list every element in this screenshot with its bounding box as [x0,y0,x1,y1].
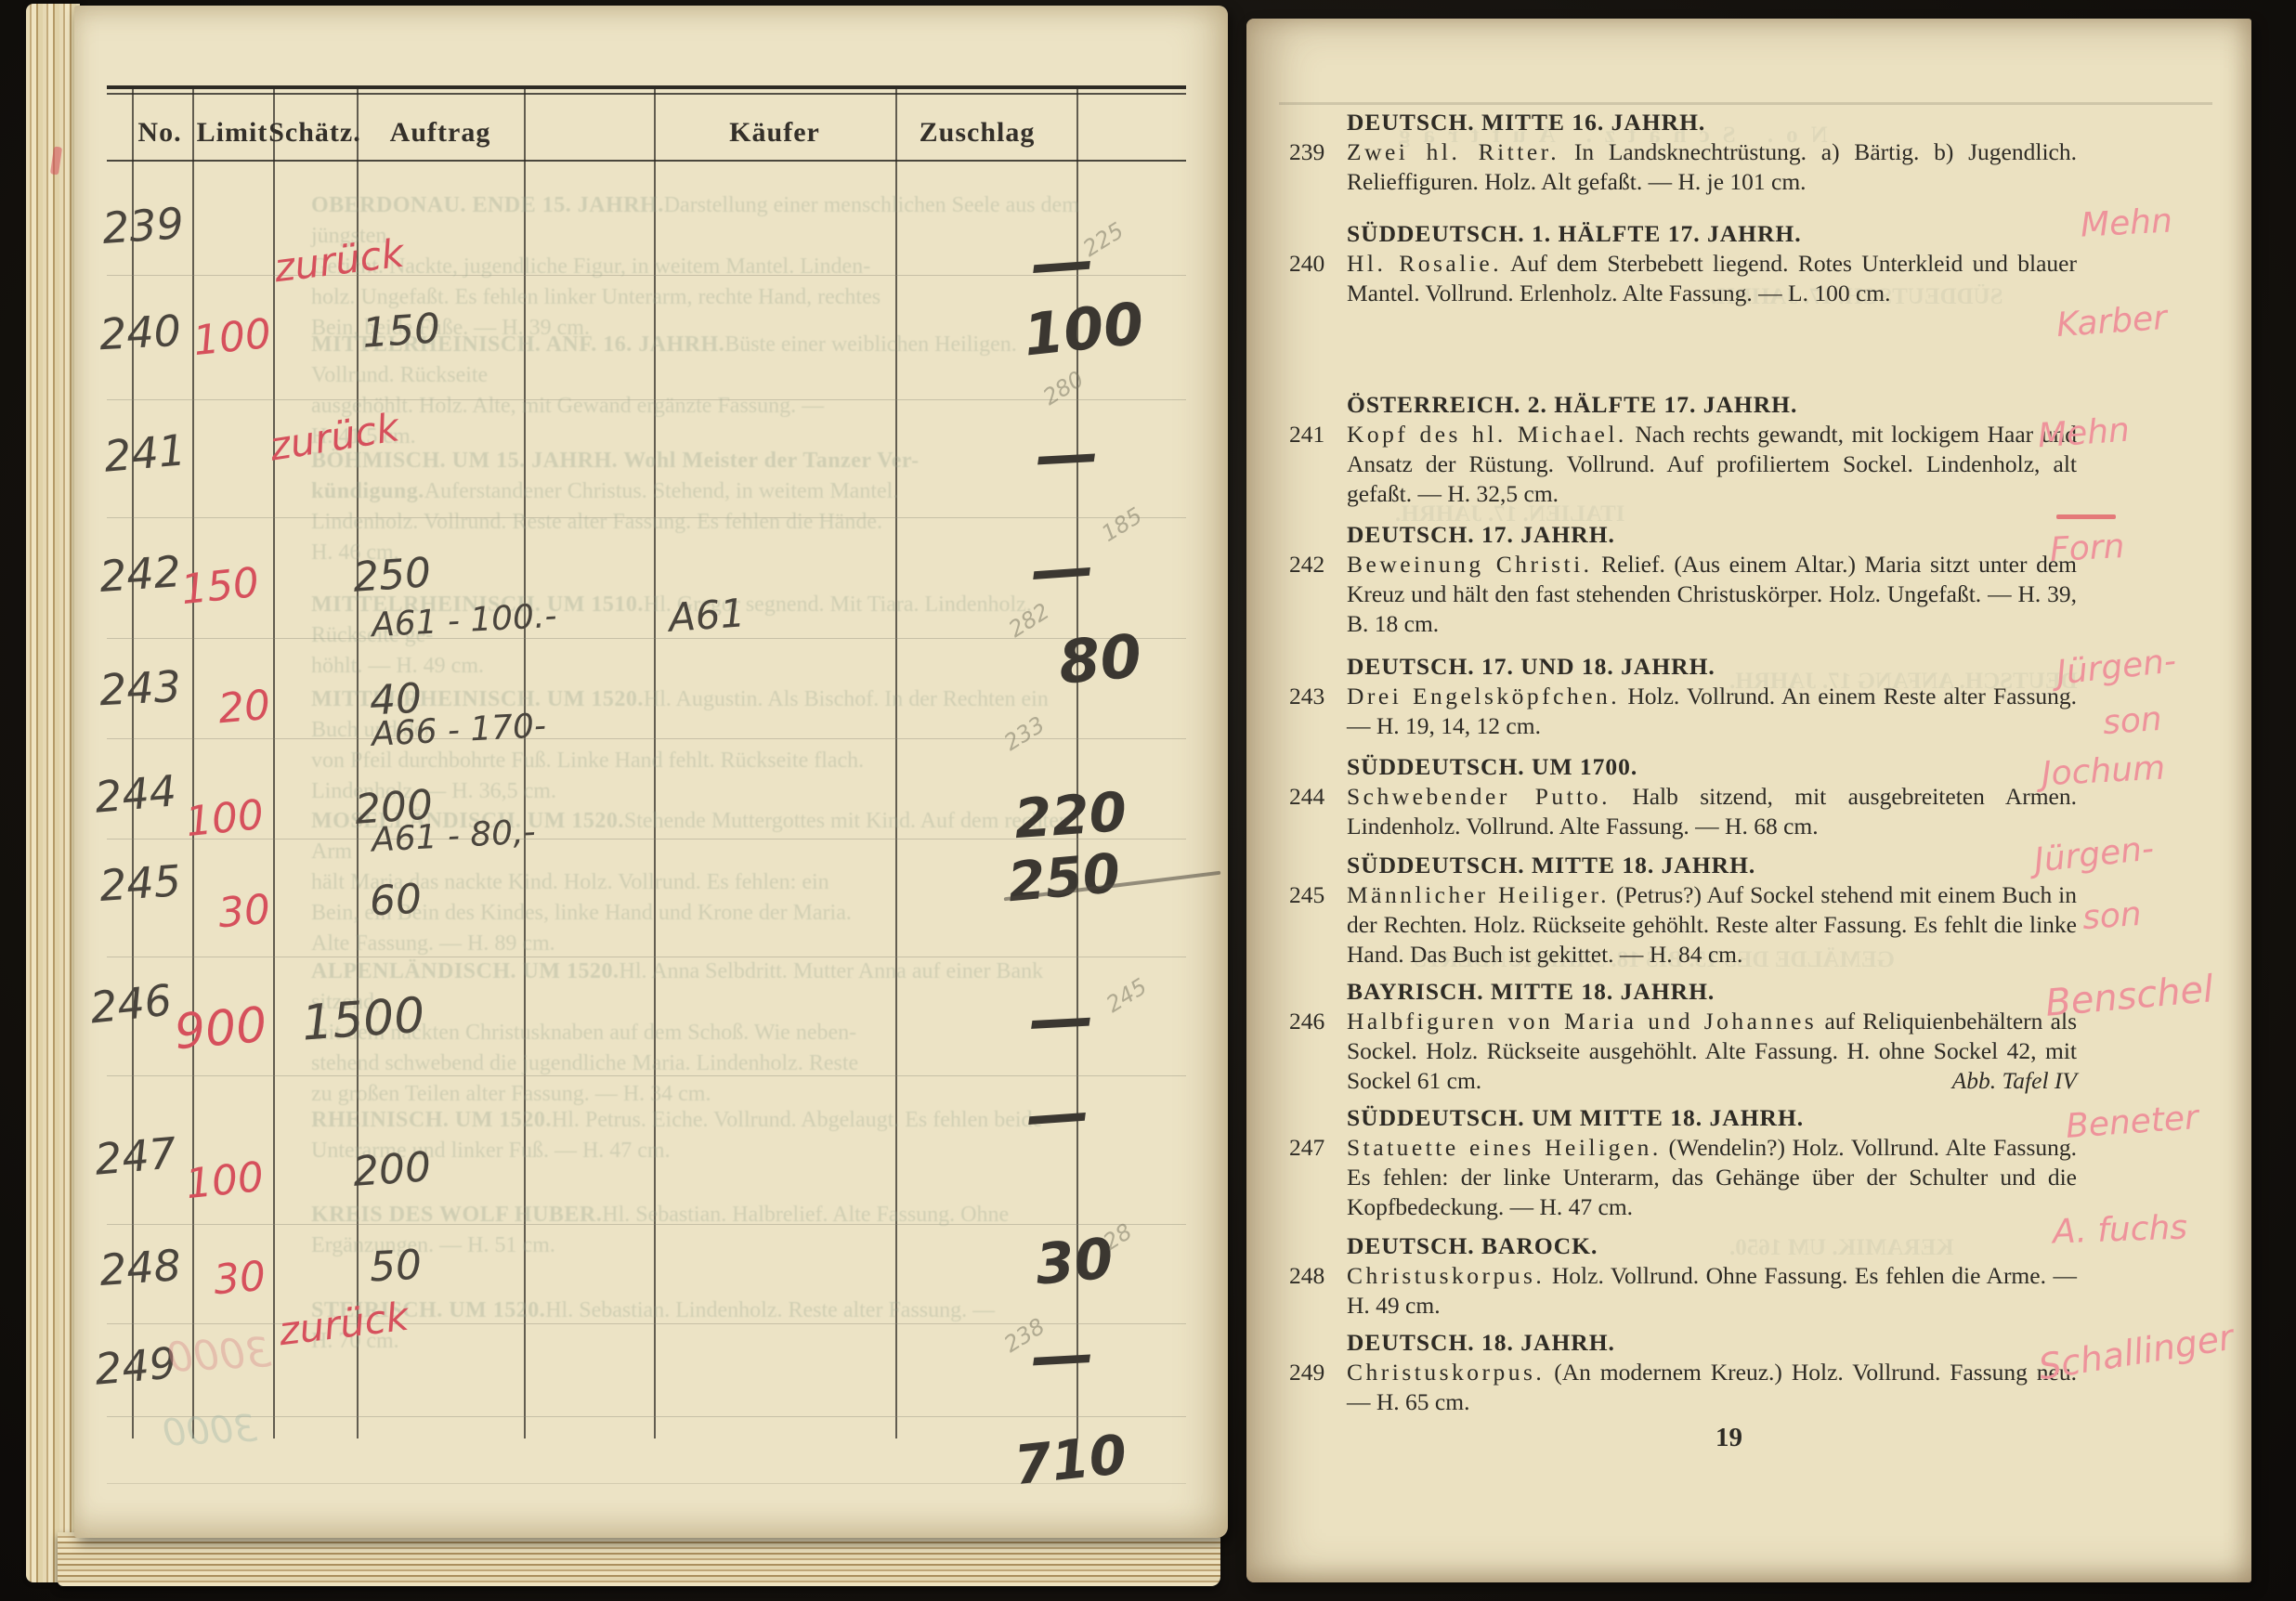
lot-number: 240 [98,306,183,360]
entry-title: Halbfiguren von Maria und Johannes [1347,1008,1817,1035]
entry-category: DEUTSCH. 17. UND 18. JAHRH. [1347,652,2077,682]
lot-number: 239 [100,198,185,254]
pencil-ghost: 185 [1097,502,1147,547]
entry-category: SÜDDEUTSCH. MITTE 18. JAHRH. [1347,851,2077,880]
entry-number: 241 [1289,420,1341,449]
margin-buyer-name: A. fuchs [2052,1208,2187,1251]
entry-number: 239 [1289,137,1341,167]
margin-red-line [2056,514,2116,519]
entry-title: Drei Engelsköpfchen. [1347,683,1620,709]
table-column-line [132,87,134,1438]
entry-number: 243 [1289,682,1341,711]
limit-value: 100 [184,1153,267,1208]
book-fore-edge [26,4,80,1582]
catalog-entry-246: BAYRISCH. MITTE 18. JAHRH. 246Halbfigure… [1347,977,2077,1096]
table-top-rule [107,85,1186,89]
auction-catalog-spread: No. Limit Schätz. Auftrag Käufer Zuschla… [0,0,2296,1601]
lot-number: 248 [98,1240,182,1295]
column-header-schaetz: Schätz. [268,117,361,149]
entry-title: Schwebender Putto. [1347,783,1611,810]
entry-number: 246 [1289,1007,1341,1036]
entry-category: DEUTSCH. 17. JAHRH. [1347,520,2077,550]
table-header-rule [107,160,1186,162]
row-separator [107,1416,1186,1417]
entry-number: 245 [1289,880,1341,910]
right-catalog-page: No. Schätz. Auftrag SÜDDEUTSCH. 17. JAHR… [1246,19,2251,1582]
column-header-zuschlag: Zuschlag [920,117,1036,149]
catalog-entry-244: SÜDDEUTSCH. UM 1700. 244Schwebender Putt… [1347,752,2077,841]
mirrored-bleed-number: 3000 [166,1329,273,1382]
lot-number: 244 [93,765,178,822]
entry-number: 244 [1289,782,1341,812]
estimate-value: 60 [369,876,424,926]
entry-category: SÜDDEUTSCH. UM MITTE 18. JAHRH. [1347,1103,2077,1133]
entry-number: 240 [1289,249,1341,279]
catalog-entry-242: DEUTSCH. 17. JAHRH. 242Beweinung Christi… [1347,520,2077,639]
estimate-value: 50 [369,1242,424,1292]
hammer-result: 80 [1056,622,1144,697]
bleed-rule [1279,102,2212,105]
estimate-value: 1500 [300,987,426,1051]
catalog-entry-248: DEUTSCH. BAROCK. 248Christuskorpus. Holz… [1347,1231,2077,1321]
limit-value: 30 [212,1253,267,1305]
entry-number: 242 [1289,550,1341,579]
column-total: 710 [1011,1423,1130,1497]
column-header-no: No. [137,117,181,149]
margin-buyer-name: son [2081,895,2143,937]
table-top-rule-2 [107,93,1186,95]
entry-category: BAYRISCH. MITTE 18. JAHRH. [1347,977,2077,1007]
buyer-note: A61 [667,590,746,641]
bleed-header: MITTELRHEINISCH. UM 1520. [311,687,644,711]
entry-title: Männlicher Heiliger. [1347,881,1610,908]
hammer-result: 100 [1021,289,1147,369]
catalog-entry-243: DEUTSCH. 17. UND 18. JAHRH. 243Drei Enge… [1347,652,2077,741]
entry-title: Hl. Rosalie. [1347,250,1502,277]
limit-value: 100 [191,310,274,365]
bleed-header: RHEINISCH. UM 1520. [311,1108,552,1132]
catalog-entry-247: SÜDDEUTSCH. UM MITTE 18. JAHRH. 247Statu… [1347,1103,2077,1222]
column-header-auftrag: Auftrag [390,117,491,149]
entry-title: Kopf des hl. Michael. [1347,421,1627,448]
catalog-entry-241: ÖSTERREICH. 2. HÄLFTE 17. JAHRH. 241Kopf… [1347,390,2077,509]
entry-category: ÖSTERREICH. 2. HÄLFTE 17. JAHRH. [1347,390,2077,420]
table-column-line [273,87,275,1438]
bleedthrough-block: ALPENLÄNDISCH. UM 1520.Hl. Anna Selbdrit… [311,957,1082,1110]
margin-buyer-name: Mehn [2037,411,2131,456]
entry-title: Christuskorpus. [1347,1359,1545,1386]
column-header-kaeufer: Käufer [729,117,820,149]
lot-number: 242 [98,546,182,602]
entry-title: Beweinung Christi. [1347,551,1593,578]
lot-number: 243 [98,661,183,716]
limit-value: 30 [216,886,272,938]
hammer-result: — [1024,1076,1091,1154]
limit-value: 150 [179,559,262,614]
estimate-value: 250 [351,549,432,602]
hammer-result: — [1027,979,1096,1059]
limit-value: 900 [173,997,269,1061]
entry-number: 248 [1289,1261,1341,1291]
entry-category: DEUTSCH. BAROCK. [1347,1231,2077,1261]
entry-category: SÜDDEUTSCH. UM 1700. [1347,752,2077,782]
hammer-result: 250 [1005,841,1123,914]
lot-number: 246 [87,975,174,1034]
margin-buyer-name: Jochum [2041,749,2166,794]
lot-number: 247 [93,1127,178,1184]
catalog-entry-239: DEUTSCH. MITTE 16. JAHRH. 239Zwei hl. Ri… [1347,108,2077,197]
limit-value: 100 [184,791,267,846]
entry-number: 249 [1289,1358,1341,1387]
bleedthrough-block: STEIRISCH. UM 1520.Hl. Sebastian. Linden… [311,1295,1082,1357]
book-bottom-edge [58,1532,1220,1586]
limit-value: 20 [216,682,272,734]
margin-buyer-name: Beneter [2065,1099,2199,1146]
margin-buyer-name: Jürgen- [2055,642,2178,692]
lot-number: 249 [93,1337,178,1394]
table-column-line [192,87,194,1438]
entry-title: Zwei hl. Ritter. [1347,138,1559,165]
entry-category: DEUTSCH. 18. JAHRH. [1347,1328,2077,1358]
hammer-result: — [1028,531,1096,609]
margin-buyer-name: Forn [2049,527,2125,569]
lot-number: 241 [102,424,188,481]
entry-number: 247 [1289,1133,1341,1163]
page-number: 19 [1715,1423,1742,1453]
bleedthrough-block: KREIS DES WOLF HUBER.Hl. Sebastian. Halb… [311,1200,1082,1261]
catalog-entry-249: DEUTSCH. 18. JAHRH. 249Christuskorpus. (… [1347,1328,2077,1417]
hammer-result: — [1034,417,1101,493]
entry-category: DEUTSCH. MITTE 16. JAHRH. [1347,108,2077,137]
bleed-header: ALPENLÄNDISCH. UM 1520. [311,959,620,983]
left-ledger-page: No. Limit Schätz. Auftrag Käufer Zuschla… [74,6,1228,1538]
hammer-result: 220 [1012,780,1129,851]
margin-buyer-name: son [2102,700,2163,742]
lot-number: 245 [98,855,182,911]
catalog-entry-240: SÜDDEUTSCH. 1. HÄLFTE 17. JAHRH. 240Hl. … [1347,219,2077,308]
bleed-header: OBERDONAU. ENDE 15. JAHRH. [311,193,664,217]
catalog-entry-245: SÜDDEUTSCH. MITTE 18. JAHRH. 245Männlich… [1347,851,2077,970]
mirrored-bleed-number: 3000 [162,1407,258,1454]
entry-title: Christuskorpus. [1347,1262,1545,1289]
bleed-header: KREIS DES WOLF HUBER. [311,1203,602,1227]
margin-buyer-name: Mehn [2080,202,2173,244]
pencil-ghost: 245 [1102,973,1152,1018]
estimate-value: 150 [360,305,441,358]
margin-buyer-name: Karber [2055,299,2169,345]
estimate-value: 200 [351,1143,432,1196]
entry-title: Statuette eines Heiligen. [1347,1134,1662,1161]
entry-category: SÜDDEUTSCH. 1. HÄLFTE 17. JAHRH. [1347,219,2077,249]
column-header-limit: Limit [197,117,268,149]
